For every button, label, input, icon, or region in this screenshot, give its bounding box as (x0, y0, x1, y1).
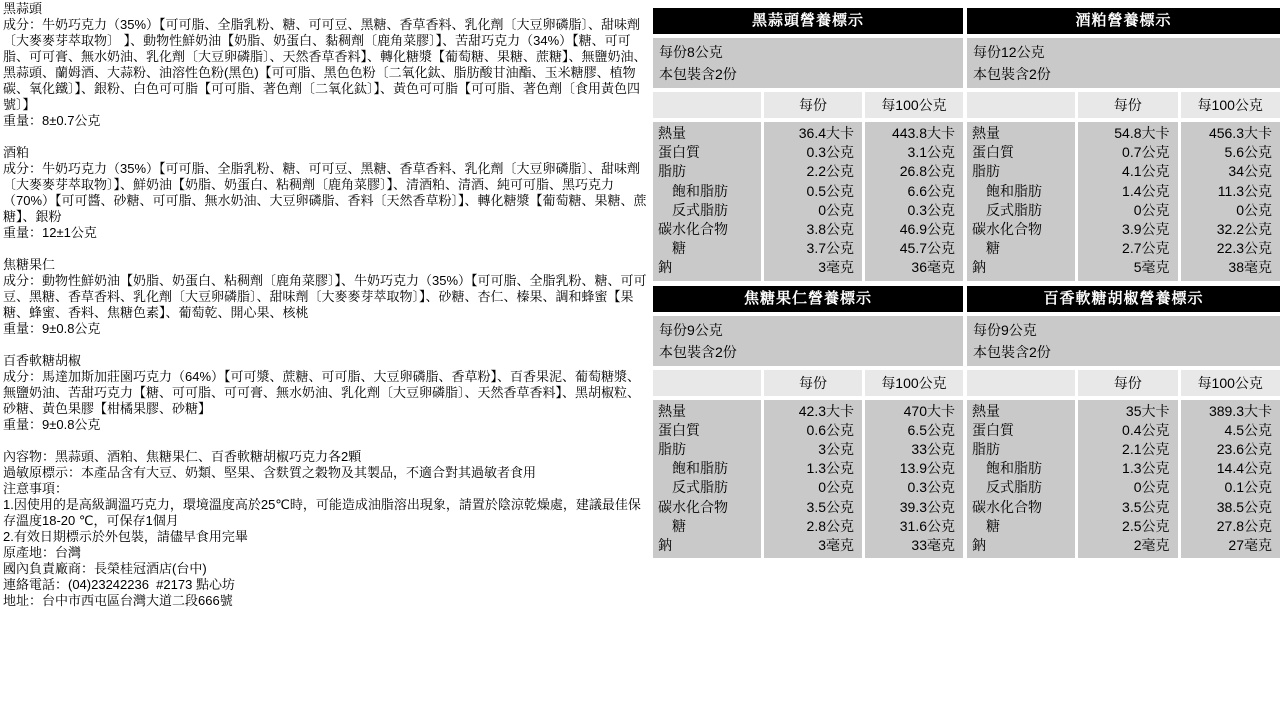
nutrient-value-per-serving: 3毫克 (764, 536, 862, 555)
nutrient-value-per-serving: 0.4公克 (1078, 421, 1178, 440)
nutrient-label: 熱量 (653, 124, 761, 143)
precautions-heading: 注意事項： (3, 481, 649, 497)
nutrient-label: 碳水化合物 (653, 220, 761, 239)
nutrient-value-per-100g: 6.6公克 (865, 182, 963, 201)
product-name: 酒粕 (3, 145, 649, 161)
nutrient-label: 糖 (967, 517, 1075, 536)
notes-block: 內容物：黑蒜頭、酒粕、焦糖果仁、百香軟糖胡椒巧克力各2顆 過敏原標示：本產品含有… (3, 449, 649, 609)
per-100g-column: 456.3大卡5.6公克34公克11.3公克0公克32.2公克22.3公克38毫… (1181, 122, 1280, 281)
nutrient-label: 反式脂肪 (653, 478, 761, 497)
per-100g-column: 470大卡6.5公克33公克13.9公克0.3公克39.3公克31.6公克33毫… (865, 400, 963, 559)
ingredients-column: 黑蒜頭 成分：牛奶巧克力（35%）【可可脂、全脂乳粉、糖、可可豆、黑糖、香草香料… (3, 1, 649, 609)
column-headers: 每份 每100公克 (653, 92, 963, 118)
serving-info: 每份9公克 本包裝含2份 (967, 316, 1280, 366)
column-header-per-serving: 每份 (764, 92, 862, 118)
product-weight: 重量：9±0.8公克 (3, 417, 649, 433)
table-body: 熱量蛋白質脂肪飽和脂肪反式脂肪碳水化合物糖鈉 42.3大卡0.6公克3公克1.3… (653, 400, 963, 559)
per-100g-column: 389.3大卡4.5公克23.6公克14.4公克0.1公克38.5公克27.8公… (1181, 400, 1280, 559)
nutrient-labels-column: 熱量蛋白質脂肪飽和脂肪反式脂肪碳水化合物糖鈉 (653, 400, 761, 559)
phone-line: 連絡電話：(04)23242236 #2173 點心坊 (3, 577, 649, 593)
nutrient-label: 蛋白質 (653, 143, 761, 162)
nutrient-value-per-serving: 0公克 (764, 478, 862, 497)
nutrient-labels-column: 熱量蛋白質脂肪飽和脂肪反式脂肪碳水化合物糖鈉 (967, 122, 1075, 281)
nutrient-labels-column: 熱量蛋白質脂肪飽和脂肪反式脂肪碳水化合物糖鈉 (653, 122, 761, 281)
nutrient-value-per-serving: 3.5公克 (1078, 498, 1178, 517)
address-line: 地址：台中市西屯區台灣大道二段666號 (3, 593, 649, 609)
nutrient-label: 反式脂肪 (967, 478, 1075, 497)
product-name: 黑蒜頭 (3, 1, 649, 17)
column-header-blank (967, 92, 1075, 118)
serving-info: 每份8公克 本包裝含2份 (653, 38, 963, 88)
nutrient-label: 蛋白質 (967, 143, 1075, 162)
column-header-blank (653, 370, 761, 396)
column-header-blank (653, 92, 761, 118)
nutrient-value-per-100g: 33毫克 (865, 536, 963, 555)
nutrient-label: 熱量 (967, 124, 1075, 143)
product-block-passionfruit-pepper: 百香軟糖胡椒 成分：馬達加斯加莊園巧克力（64%）【可可漿、蔗糖、可可脂、大豆卵… (3, 353, 649, 433)
nutrient-value-per-serving: 3.7公克 (764, 239, 862, 258)
nutrient-value-per-serving: 1.4公克 (1078, 182, 1178, 201)
nutrient-label: 脂肪 (967, 162, 1075, 181)
nutrient-value-per-100g: 6.5公克 (865, 421, 963, 440)
serving-info: 每份12公克 本包裝含2份 (967, 38, 1280, 88)
nutrient-value-per-serving: 0公克 (1078, 478, 1178, 497)
nutrient-label: 糖 (653, 239, 761, 258)
product-weight: 重量：8±0.7公克 (3, 113, 649, 129)
nutrient-value-per-serving: 2.8公克 (764, 517, 862, 536)
nutrition-table-passionfruit-pepper: 百香軟糖胡椒營養標示 每份9公克 本包裝含2份 每份 每100公克 熱量蛋白質脂… (967, 286, 1280, 559)
nutrient-label: 鈉 (967, 536, 1075, 555)
nutrient-label: 蛋白質 (967, 421, 1075, 440)
product-ingredients: 成分：牛奶巧克力（35%）【可可脂、全脂乳粉、糖、可可豆、黑糖、香草香料、乳化劑… (3, 17, 649, 113)
nutrient-value-per-serving: 2毫克 (1078, 536, 1178, 555)
manufacturer-line: 國內負責廠商：長榮桂冠酒店(台中) (3, 561, 649, 577)
nutrient-label: 蛋白質 (653, 421, 761, 440)
nutrient-value-per-serving: 0.7公克 (1078, 143, 1178, 162)
nutrient-value-per-100g: 38.5公克 (1181, 498, 1280, 517)
nutrient-value-per-100g: 34公克 (1181, 162, 1280, 181)
nutrient-label: 飽和脂肪 (653, 182, 761, 201)
nutrient-value-per-100g: 0.3公克 (865, 201, 963, 220)
nutrient-value-per-serving: 2.5公克 (1078, 517, 1178, 536)
product-ingredients: 成分：馬達加斯加莊園巧克力（64%）【可可漿、蔗糖、可可脂、大豆卵磷脂、香草粉】… (3, 369, 649, 417)
nutrient-label: 碳水化合物 (967, 220, 1075, 239)
nutrient-label: 碳水化合物 (967, 498, 1075, 517)
nutrient-value-per-serving: 42.3大卡 (764, 402, 862, 421)
nutrient-value-per-100g: 13.9公克 (865, 459, 963, 478)
nutrition-label-document: 黑蒜頭 成分：牛奶巧克力（35%）【可可脂、全脂乳粉、糖、可可豆、黑糖、香草香料… (0, 0, 1280, 720)
serving-info: 每份9公克 本包裝含2份 (653, 316, 963, 366)
nutrient-value-per-100g: 0.3公克 (865, 478, 963, 497)
product-weight: 重量：9±0.8公克 (3, 321, 649, 337)
nutrient-value-per-100g: 14.4公克 (1181, 459, 1280, 478)
nutrient-value-per-serving: 3.8公克 (764, 220, 862, 239)
column-headers: 每份 每100公克 (653, 370, 963, 396)
nutrient-value-per-serving: 54.8大卡 (1078, 124, 1178, 143)
product-block-sake-lees: 酒粕 成分：牛奶巧克力（35%）【可可脂、全脂乳粉、糖、可可豆、黑糖、香草香料、… (3, 145, 649, 241)
nutrient-value-per-serving: 0.5公克 (764, 182, 862, 201)
nutrient-value-per-serving: 36.4大卡 (764, 124, 862, 143)
nutrient-value-per-100g: 443.8大卡 (865, 124, 963, 143)
nutrient-label: 飽和脂肪 (967, 182, 1075, 201)
origin-line: 原產地：台灣 (3, 545, 649, 561)
nutrient-value-per-serving: 2.7公克 (1078, 239, 1178, 258)
nutrient-label: 反式脂肪 (653, 201, 761, 220)
nutrient-value-per-serving: 0公克 (1078, 201, 1178, 220)
column-header-per-100g: 每100公克 (1181, 370, 1280, 396)
nutrient-value-per-100g: 33公克 (865, 440, 963, 459)
nutrient-label: 脂肪 (653, 440, 761, 459)
nutrient-value-per-serving: 3.9公克 (1078, 220, 1178, 239)
serving-size: 每份8公克 (659, 41, 957, 63)
column-header-blank (967, 370, 1075, 396)
nutrient-value-per-100g: 22.3公克 (1181, 239, 1280, 258)
nutrition-table-black-garlic: 黑蒜頭營養標示 每份8公克 本包裝含2份 每份 每100公克 熱量蛋白質脂肪飽和… (653, 8, 963, 281)
servings-per-package: 本包裝含2份 (973, 63, 1274, 85)
per-serving-column: 35大卡0.4公克2.1公克1.3公克0公克3.5公克2.5公克2毫克 (1078, 400, 1178, 559)
nutrient-value-per-serving: 35大卡 (1078, 402, 1178, 421)
nutrient-value-per-serving: 2.1公克 (1078, 440, 1178, 459)
table-body: 熱量蛋白質脂肪飽和脂肪反式脂肪碳水化合物糖鈉 35大卡0.4公克2.1公克1.3… (967, 400, 1280, 559)
column-header-per-100g: 每100公克 (865, 92, 963, 118)
nutrient-value-per-serving: 0.6公克 (764, 421, 862, 440)
nutrient-label: 熱量 (967, 402, 1075, 421)
nutrient-label: 糖 (653, 517, 761, 536)
column-header-per-serving: 每份 (1078, 370, 1178, 396)
nutrient-label: 鈉 (967, 258, 1075, 277)
serving-size: 每份9公克 (659, 319, 957, 341)
product-ingredients: 成分：牛奶巧克力（35%）【可可脂、全脂乳粉、糖、可可豆、黑糖、香草香料、乳化劑… (3, 161, 649, 225)
nutrient-value-per-100g: 3.1公克 (865, 143, 963, 162)
servings-per-package: 本包裝含2份 (659, 341, 957, 363)
nutrient-value-per-100g: 36毫克 (865, 258, 963, 277)
table-title: 百香軟糖胡椒營養標示 (967, 286, 1280, 312)
nutrient-value-per-serving: 0公克 (764, 201, 862, 220)
nutrient-value-per-100g: 27.8公克 (1181, 517, 1280, 536)
nutrient-value-per-100g: 27毫克 (1181, 536, 1280, 555)
column-header-per-100g: 每100公克 (865, 370, 963, 396)
nutrient-value-per-100g: 23.6公克 (1181, 440, 1280, 459)
precaution-item-2: 2.有效日期標示於外包裝，請儘早食用完畢 (3, 529, 649, 545)
column-header-per-serving: 每份 (764, 370, 862, 396)
column-header-per-100g: 每100公克 (1181, 92, 1280, 118)
nutrient-value-per-100g: 26.8公克 (865, 162, 963, 181)
nutrient-value-per-100g: 11.3公克 (1181, 182, 1280, 201)
column-headers: 每份 每100公克 (967, 92, 1280, 118)
nutrient-label: 脂肪 (653, 162, 761, 181)
serving-size: 每份12公克 (973, 41, 1274, 63)
serving-size: 每份9公克 (973, 319, 1274, 341)
nutrient-value-per-100g: 0公克 (1181, 201, 1280, 220)
product-name: 百香軟糖胡椒 (3, 353, 649, 369)
nutrient-label: 飽和脂肪 (653, 459, 761, 478)
nutrient-value-per-100g: 5.6公克 (1181, 143, 1280, 162)
per-serving-column: 42.3大卡0.6公克3公克1.3公克0公克3.5公克2.8公克3毫克 (764, 400, 862, 559)
nutrient-label: 脂肪 (967, 440, 1075, 459)
product-name: 焦糖果仁 (3, 257, 649, 273)
nutrient-value-per-100g: 456.3大卡 (1181, 124, 1280, 143)
allergen-line: 過敏原標示：本產品含有大豆、奶類、堅果、含麩質之穀物及其製品，不適合對其過敏者食… (3, 465, 649, 481)
per-serving-column: 54.8大卡0.7公克4.1公克1.4公克0公克3.9公克2.7公克5毫克 (1078, 122, 1178, 281)
nutrient-labels-column: 熱量蛋白質脂肪飽和脂肪反式脂肪碳水化合物糖鈉 (967, 400, 1075, 559)
nutrient-value-per-serving: 3公克 (764, 440, 862, 459)
nutrient-label: 飽和脂肪 (967, 459, 1075, 478)
nutrient-label: 熱量 (653, 402, 761, 421)
nutrient-value-per-100g: 45.7公克 (865, 239, 963, 258)
precaution-item-1: 1.因使用的是高級調溫巧克力，環境溫度高於25℃時，可能造成油脂溶出現象，請置於… (3, 497, 649, 529)
nutrient-value-per-serving: 2.2公克 (764, 162, 862, 181)
table-title: 黑蒜頭營養標示 (653, 8, 963, 34)
nutrient-value-per-100g: 4.5公克 (1181, 421, 1280, 440)
column-header-per-serving: 每份 (1078, 92, 1178, 118)
servings-per-package: 本包裝含2份 (973, 341, 1274, 363)
nutrient-value-per-serving: 3毫克 (764, 258, 862, 277)
nutrient-value-per-100g: 0.1公克 (1181, 478, 1280, 497)
product-block-black-garlic: 黑蒜頭 成分：牛奶巧克力（35%）【可可脂、全脂乳粉、糖、可可豆、黑糖、香草香料… (3, 1, 649, 129)
nutrient-value-per-serving: 1.3公克 (764, 459, 862, 478)
nutrient-value-per-100g: 31.6公克 (865, 517, 963, 536)
nutrient-value-per-100g: 46.9公克 (865, 220, 963, 239)
table-title: 焦糖果仁營養標示 (653, 286, 963, 312)
per-serving-column: 36.4大卡0.3公克2.2公克0.5公克0公克3.8公克3.7公克3毫克 (764, 122, 862, 281)
nutrient-label: 糖 (967, 239, 1075, 258)
nutrient-value-per-serving: 4.1公克 (1078, 162, 1178, 181)
nutrition-table-sake-lees: 酒粕營養標示 每份12公克 本包裝含2份 每份 每100公克 熱量蛋白質脂肪飽和… (967, 8, 1280, 281)
product-block-caramel-nuts: 焦糖果仁 成分：動物性鮮奶油【奶脂、奶蛋白、粘稠劑〔鹿角菜膠〕】、牛奶巧克力（3… (3, 257, 649, 337)
nutrient-value-per-100g: 39.3公克 (865, 498, 963, 517)
table-title: 酒粕營養標示 (967, 8, 1280, 34)
per-100g-column: 443.8大卡3.1公克26.8公克6.6公克0.3公克46.9公克45.7公克… (865, 122, 963, 281)
nutrient-value-per-serving: 1.3公克 (1078, 459, 1178, 478)
product-weight: 重量：12±1公克 (3, 225, 649, 241)
nutrient-value-per-100g: 389.3大卡 (1181, 402, 1280, 421)
nutrient-value-per-serving: 0.3公克 (764, 143, 862, 162)
nutrient-label: 鈉 (653, 258, 761, 277)
product-ingredients: 成分：動物性鮮奶油【奶脂、奶蛋白、粘稠劑〔鹿角菜膠〕】、牛奶巧克力（35%）【可… (3, 273, 649, 321)
nutrition-tables-grid: 黑蒜頭營養標示 每份8公克 本包裝含2份 每份 每100公克 熱量蛋白質脂肪飽和… (653, 8, 1280, 558)
nutrient-label: 鈉 (653, 536, 761, 555)
nutrient-value-per-100g: 470大卡 (865, 402, 963, 421)
contents-line: 內容物：黑蒜頭、酒粕、焦糖果仁、百香軟糖胡椒巧克力各2顆 (3, 449, 649, 465)
servings-per-package: 本包裝含2份 (659, 63, 957, 85)
nutrient-value-per-100g: 32.2公克 (1181, 220, 1280, 239)
nutrient-label: 反式脂肪 (967, 201, 1075, 220)
table-body: 熱量蛋白質脂肪飽和脂肪反式脂肪碳水化合物糖鈉 36.4大卡0.3公克2.2公克0… (653, 122, 963, 281)
nutrient-value-per-100g: 38毫克 (1181, 258, 1280, 277)
column-headers: 每份 每100公克 (967, 370, 1280, 396)
table-body: 熱量蛋白質脂肪飽和脂肪反式脂肪碳水化合物糖鈉 54.8大卡0.7公克4.1公克1… (967, 122, 1280, 281)
nutrient-label: 碳水化合物 (653, 498, 761, 517)
nutrient-value-per-serving: 3.5公克 (764, 498, 862, 517)
nutrition-table-caramel-nuts: 焦糖果仁營養標示 每份9公克 本包裝含2份 每份 每100公克 熱量蛋白質脂肪飽… (653, 286, 963, 559)
nutrient-value-per-serving: 5毫克 (1078, 258, 1178, 277)
